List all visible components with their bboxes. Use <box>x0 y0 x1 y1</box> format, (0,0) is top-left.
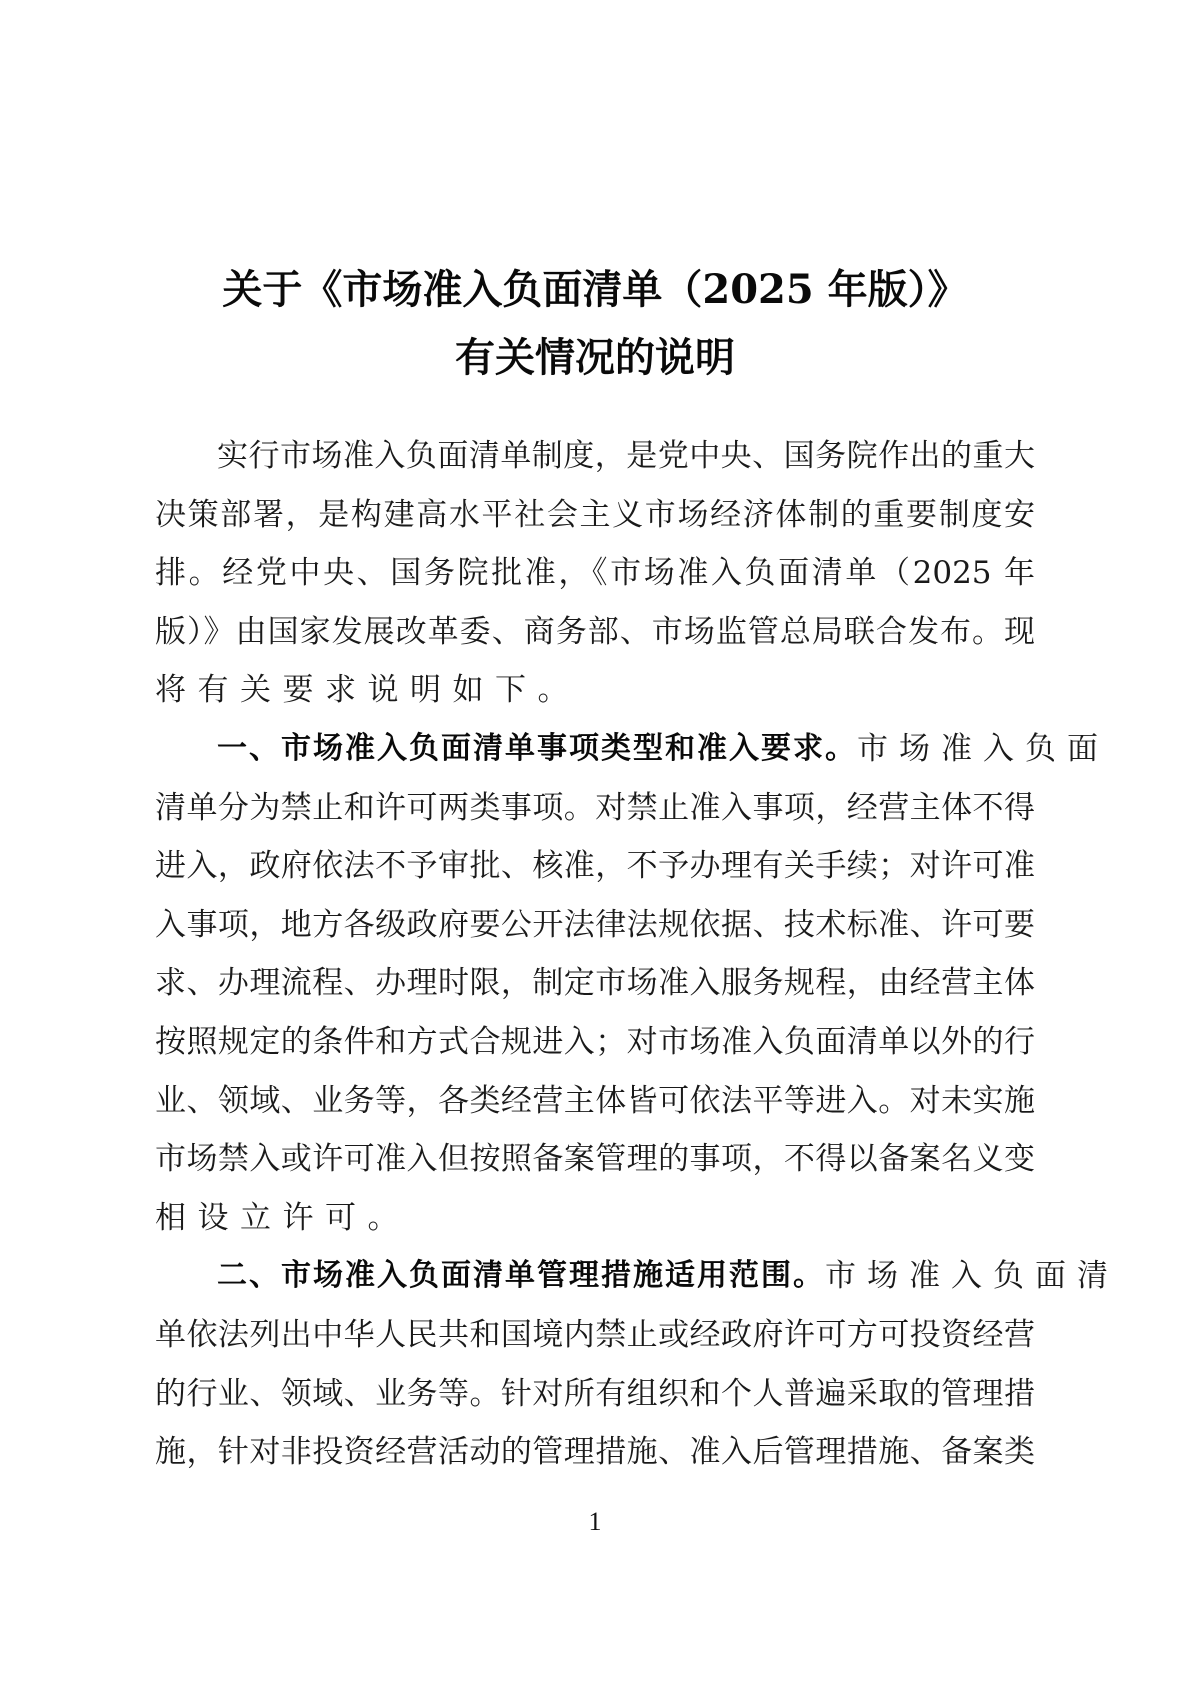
paragraph-3-line-3: 的行业、领域、业务等。针对所有组织和个人普遍采取的管理措 <box>155 1374 1035 1433</box>
text-line: 实行市场准入负面清单制度，是党中央、国务院作出的重大 <box>155 436 1035 495</box>
text-line: 将有关要求说明如下。 <box>155 670 580 729</box>
document-page: 关于《市场准入负面清单（2025 年版）》 有关情况的说明 实行市场准入负面清单… <box>0 0 1190 1683</box>
paragraph-2-line-1: 一、市场准入负面清单事项类型和准入要求。 市场准入负面 <box>155 729 1035 788</box>
document-title-line-2: 有关情况的说明 <box>0 326 1190 383</box>
text-line: 入事项，地方各级政府要公开法律法规依据、技术标准、许可要 <box>155 905 1035 964</box>
paragraph-3-line-1: 二、市场准入负面清单管理措施适用范围。 市场准入负面清 <box>155 1256 1035 1315</box>
paragraph-3-line-2: 单依法列出中华人民共和国境内禁止或经政府许可方可投资经营 <box>155 1315 1035 1374</box>
text-line: 决策部署，是构建高水平社会主义市场经济体制的重要制度安 <box>155 495 1035 554</box>
paragraph-1-line-5: 将有关要求说明如下。 <box>155 670 1035 729</box>
paragraph-3-line-4: 施，针对非投资经营活动的管理措施、准入后管理措施、备案类 <box>155 1432 1035 1491</box>
text-line: 的行业、领域、业务等。针对所有组织和个人普遍采取的管理措 <box>155 1374 1035 1433</box>
text-line: 求、办理流程、办理时限，制定市场准入服务规程，由经营主体 <box>155 963 1035 1022</box>
text-line: 市场准入负面清 <box>825 1256 1119 1315</box>
text-line: 按照规定的条件和方式合规进入；对市场准入负面清单以外的行 <box>155 1022 1035 1081</box>
text-line: 单依法列出中华人民共和国境内禁止或经政府许可方可投资经营 <box>155 1315 1035 1374</box>
paragraph-1-line-4: 版）》由国家发展改革委、商务部、市场监管总局联合发布。现 <box>155 612 1035 671</box>
page-number: 1 <box>0 1507 1190 1537</box>
text-line: 业、领域、业务等，各类经营主体皆可依法平等进入。对未实施 <box>155 1081 1035 1140</box>
paragraph-2-line-7: 业、领域、业务等，各类经营主体皆可依法平等进入。对未实施 <box>155 1081 1035 1140</box>
paragraph-2-line-4: 入事项，地方各级政府要公开法律法规依据、技术标准、许可要 <box>155 905 1035 964</box>
paragraph-1-line-1: 实行市场准入负面清单制度，是党中央、国务院作出的重大 <box>155 436 1035 495</box>
text-line: 版）》由国家发展改革委、商务部、市场监管总局联合发布。现 <box>155 612 1035 671</box>
section-heading-1: 一、市场准入负面清单事项类型和准入要求。 <box>217 729 857 788</box>
paragraph-2-line-9: 相设立许可。 <box>155 1198 1035 1257</box>
document-title-line-1: 关于《市场准入负面清单（2025 年版）》 <box>0 258 1190 315</box>
paragraph-2-line-6: 按照规定的条件和方式合规进入；对市场准入负面清单以外的行 <box>155 1022 1035 1081</box>
paragraph-2-line-2: 清单分为禁止和许可两类事项。对禁止准入事项，经营主体不得 <box>155 788 1035 847</box>
text-line: 市场准入负面 <box>857 729 1109 788</box>
text-line: 施，针对非投资经营活动的管理措施、准入后管理措施、备案类 <box>155 1432 1035 1491</box>
text-line: 市场禁入或许可准入但按照备案管理的事项，不得以备案名义变 <box>155 1139 1035 1198</box>
paragraph-2-line-5: 求、办理流程、办理时限，制定市场准入服务规程，由经营主体 <box>155 963 1035 1022</box>
paragraph-1-line-3: 排。经党中央、国务院批准，《市场准入负面清单（2025 年 <box>155 553 1035 612</box>
text-line: 清单分为禁止和许可两类事项。对禁止准入事项，经营主体不得 <box>155 788 1035 847</box>
document-body: 实行市场准入负面清单制度，是党中央、国务院作出的重大 决策部署，是构建高水平社会… <box>155 436 1035 1491</box>
text-line: 相设立许可。 <box>155 1198 410 1257</box>
text-line: 排。经党中央、国务院批准，《市场准入负面清单（2025 年 <box>155 553 1035 612</box>
section-heading-2: 二、市场准入负面清单管理措施适用范围。 <box>217 1256 825 1315</box>
paragraph-1-line-2: 决策部署，是构建高水平社会主义市场经济体制的重要制度安 <box>155 495 1035 554</box>
paragraph-2-line-3: 进入，政府依法不予审批、核准，不予办理有关手续；对许可准 <box>155 846 1035 905</box>
paragraph-2-line-8: 市场禁入或许可准入但按照备案管理的事项，不得以备案名义变 <box>155 1139 1035 1198</box>
text-line: 进入，政府依法不予审批、核准，不予办理有关手续；对许可准 <box>155 846 1035 905</box>
